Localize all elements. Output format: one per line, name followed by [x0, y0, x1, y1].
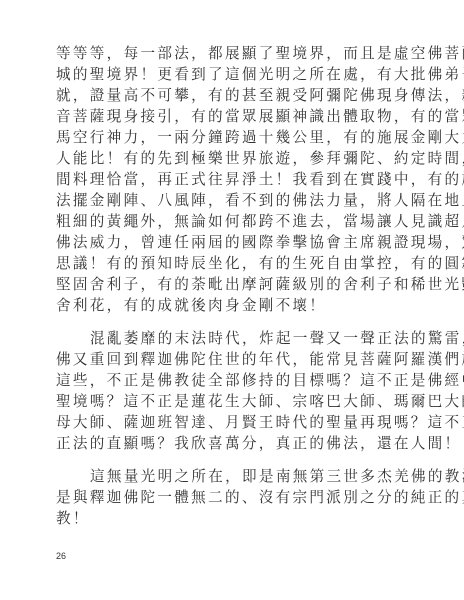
text-line: 思議！有的預知時辰坐化，有的生死自由掌控，有的圓寂後結出: [56, 253, 401, 274]
text-line: 聖境嗎？這不正是蓮花生大師、宗喀巴大師、瑪爾巴大師、無我: [56, 391, 401, 412]
text-line: 混亂萎靡的末法時代，炸起一聲又一聲正法的驚雷，我們彷: [56, 328, 401, 349]
paragraph-3: 這無量光明之所在，即是南無第三世多杰羌佛的教法，也就 是與釋迦佛陀一體無二的、沒…: [56, 466, 401, 529]
text-line: 法擺金剛陣、八風陣，看不到的佛法力量，將人隔在地上兩釐米: [56, 190, 401, 211]
text-line: 母大師、薩迦班智達、月賢王時代的聖量再現嗎？這不正是佛陀: [56, 412, 401, 433]
text-line: 等等等，每一部法，都展顯了聖境界，而且是虛空佛菩薩親臨壇: [56, 43, 401, 64]
text-line: 佛法威力，曾連任兩屆的國際拳擊協會主席親證現場，驚歎不可: [56, 232, 401, 253]
text-line: 這無量光明之所在，即是南無第三世多杰羌佛的教法，也就: [56, 466, 401, 487]
text-line: 這些，不正是佛教徒全部修持的目標嗎？這不正是佛經中記載的: [56, 370, 401, 391]
text-line: 是與釋迦佛陀一體無二的、沒有宗門派別之分的純正的真正的佛: [56, 487, 401, 508]
text-line: 音菩薩現身接引，有的當眾展顯神識出體取物，有的當眾施展良: [56, 106, 401, 127]
page-number: 26: [56, 551, 66, 561]
page-body: 等等等，每一部法，都展顯了聖境界，而且是虛空佛菩薩親臨壇 城的聖境界！更看到了這…: [56, 43, 401, 529]
paragraph-2: 混亂萎靡的末法時代，炸起一聲又一聲正法的驚雷，我們彷 佛又重回到釋迦佛陀住世的年…: [56, 328, 401, 454]
text-line: 舍利花，有的成就後肉身金剛不壞！: [56, 295, 401, 316]
text-line: 人能比！有的先到極樂世界旅遊，參拜彌陀、約定時間，返回人: [56, 148, 401, 169]
text-line: 佛又重回到釋迦佛陀住世的年代，能常見菩薩阿羅漢們施展聖量！: [56, 349, 401, 370]
paragraph-1: 等等等，每一部法，都展顯了聖境界，而且是虛空佛菩薩親臨壇 城的聖境界！更看到了這…: [56, 43, 401, 316]
text-line: 粗細的黃繩外，無論如何都跨不進去，當場讓人見識超凡巨大的: [56, 211, 401, 232]
text-line: 正法的直顯嗎？我欣喜萬分，真正的佛法，還在人間！: [56, 433, 401, 454]
text-line: 教！: [56, 508, 401, 529]
text-line: 間料理恰當，再正式往昇淨土！我看到在實踐中，有的施如來正: [56, 169, 401, 190]
text-line: 堅固舍利子，有的荼毗出摩訶薩級別的舍利子和稀世光艷的五彩: [56, 274, 401, 295]
text-line: 城的聖境界！更看到了這個光明之所在處，有大批佛弟子解脫成: [56, 64, 401, 85]
text-line: 馬空行神力，一兩分鐘跨過十幾公里，有的施展金剛大力世間無: [56, 127, 401, 148]
document-page: 等等等，每一部法，都展顯了聖境界，而且是虛空佛菩薩親臨壇 城的聖境界！更看到了這…: [0, 0, 464, 600]
text-line: 就，證量高不可攀，有的甚至親受阿彌陀佛現身傳法，親受觀世: [56, 85, 401, 106]
